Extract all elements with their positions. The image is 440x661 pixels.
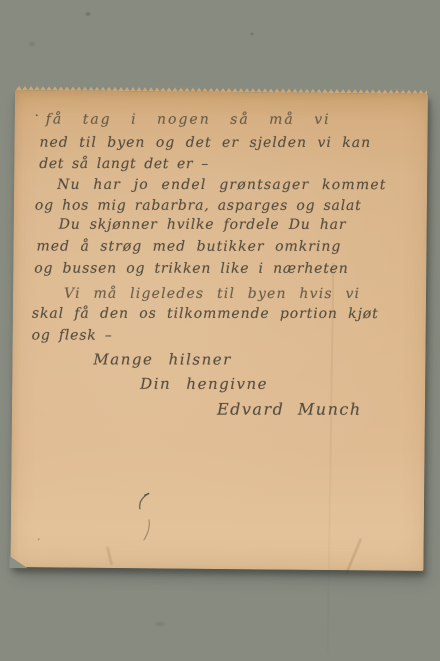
stray-ink-dot xyxy=(36,114,38,116)
bottom-left-crease xyxy=(106,547,112,565)
letter-line: Du skjønner hvilke fordele Du har xyxy=(59,217,347,233)
letter-line: ned til byen og det er sjelden vi kan xyxy=(39,135,371,151)
letter-line: Vi må ligeledes til byen hvis vi xyxy=(64,286,360,302)
bottom-right-crease xyxy=(345,538,361,574)
cut-bottom-left-corner xyxy=(9,556,27,568)
perforated-top-edge xyxy=(16,86,427,94)
signature-edvard-munch: Edvard Munch xyxy=(217,400,362,419)
letter-line: og flesk – xyxy=(32,328,113,344)
letter-line: det så langt det er – xyxy=(39,156,209,172)
stray-ink-arc-mark xyxy=(137,491,155,511)
letter-line: og bussen og trikken like i nærheten xyxy=(34,261,348,277)
letter-paper: få tag i nogen så må vi ned til byen og … xyxy=(10,90,428,571)
letter-photograph: få tag i nogen så må vi ned til byen og … xyxy=(0,0,440,661)
letter-line: med å strøg med butikker omkring xyxy=(36,239,341,255)
letter-line: skal få den os tilkommende portion kjøt xyxy=(32,306,379,322)
letter-line: og hos mig rabarbra, asparges og salat xyxy=(35,198,362,214)
stray-ink-dot xyxy=(38,538,40,540)
closing-salutation: Mange hilsner xyxy=(93,350,231,368)
stray-ink-stroke-mark xyxy=(142,519,152,541)
closing-valediction: Din hengivne xyxy=(140,375,268,393)
letter-line: Nu har jo endel grøntsager kommet xyxy=(57,177,387,193)
letter-line: få tag i nogen så må vi xyxy=(46,112,331,128)
